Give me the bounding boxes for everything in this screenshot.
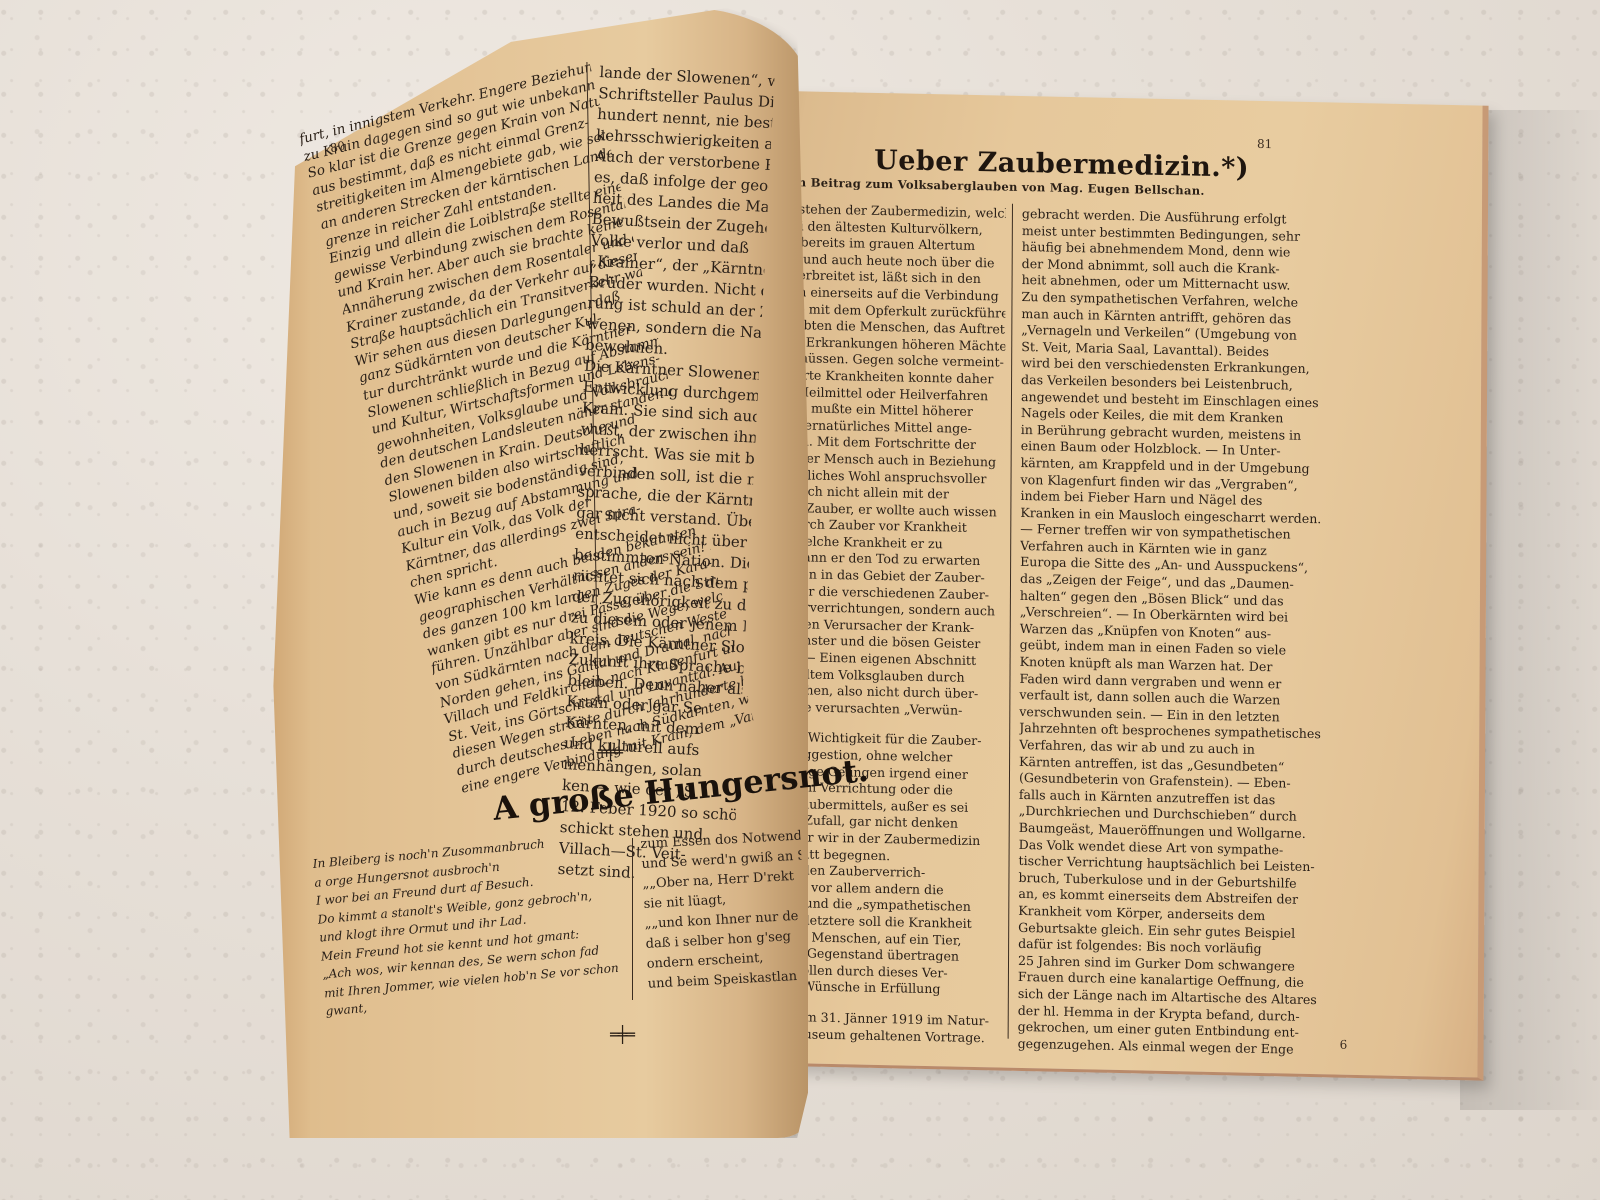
poem-column-1: In Bleiberg is noch'n Zusommanbrucha org…: [312, 827, 645, 1021]
ornament-separator-bottom: ═╪═: [610, 1025, 633, 1044]
page-81: 81 Ueber Zaubermedizin.*) Ein Beitrag zu…: [749, 90, 1488, 1080]
page-number: 81: [1257, 137, 1272, 151]
column-divider: [1008, 204, 1013, 1039]
article-column-2: gebracht werden. Die Ausführung erfolgtm…: [1018, 206, 1372, 1060]
signature-mark: 6: [1340, 1038, 1348, 1052]
ornament-separator: ═╪═: [598, 742, 621, 761]
poem-column-2: zum Essen dos Notwendiund Se werd'n gwiß…: [640, 827, 808, 995]
